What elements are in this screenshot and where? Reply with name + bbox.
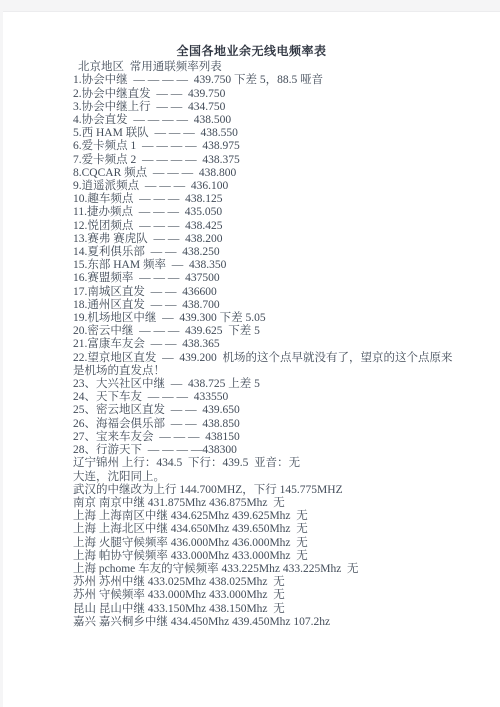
frequency-line: 是机场的直发点！	[73, 365, 482, 378]
frequency-line: 19.机场地区中继 — 439.300 下差 5.05	[73, 312, 482, 325]
frequency-line: 24、天下车友 — — — 433550	[73, 391, 482, 404]
frequency-line: 3.协会中继上行 — — 434.750	[73, 101, 482, 114]
region-frequency-line: 辽宁锦州 上行：434.5 下行：439.5 亚音：无	[73, 457, 482, 470]
frequency-line: 26、海福会俱乐部 — — 438.850	[73, 418, 482, 431]
document-page: 全国各地业余无线电频率表 北京地区 常用通联频率列表 1.协会中继 — — — …	[3, 11, 500, 707]
region-frequency-line: 上海 上海南区中继 434.625Mhz 439.625Mhz 无	[73, 510, 482, 523]
frequency-line: 28、行游天下 — — — —438300	[73, 444, 482, 457]
frequency-line: 21.富康车友会 — — 438.365	[73, 338, 482, 351]
region-frequency-line: 上海 帕协守候频率 433.000Mhz 433.000Mhz 无	[73, 550, 482, 563]
document-viewport: 全国各地业余无线电频率表 北京地区 常用通联频率列表 1.协会中继 — — — …	[0, 0, 500, 707]
frequency-line: 23、大兴社区中继 — 438.725 上差 5	[73, 378, 482, 391]
frequency-line: 7.爱卡频点 2 — — — — 438.375	[73, 154, 482, 167]
frequency-line: 14.夏利俱乐部 — — 438.250	[73, 246, 482, 259]
frequency-line: 2.协会中继直发 — — 439.750	[73, 88, 482, 101]
frequency-line: 15.东部 HAM 频率 — 438.350	[73, 259, 482, 272]
frequency-line: 6.爱卡频点 1 — — — — 438.975	[73, 140, 482, 153]
frequency-line: 12.悦团频点 — — — 438.425	[73, 220, 482, 233]
frequency-line: 10.趣车频点 — — — 438.125	[73, 193, 482, 206]
document-subtitle: 北京地区 常用通联频率列表	[78, 61, 482, 74]
frequency-line: 20.密云中继 — — — 439.625 下差 5	[73, 325, 482, 338]
other-regions-frequency-list: 辽宁锦州 上行：434.5 下行：439.5 亚音：无大连，沈阳同上。武汉的中继…	[73, 457, 482, 629]
frequency-line: 17.南城区直发 — — 436600	[73, 286, 482, 299]
frequency-line: 4.协会直发 — — — — 438.500	[73, 114, 482, 127]
frequency-line: 25、密云地区直发 — — 439.650	[73, 404, 482, 417]
frequency-line: 5.西 HAM 联队 — — — 438.550	[73, 127, 482, 140]
frequency-line: 13.赛弗 赛虎队 — — 438.200	[73, 233, 482, 246]
region-frequency-line: 大连，沈阳同上。	[73, 471, 482, 484]
region-frequency-line: 南京 南京中继 431.875Mhz 436.875Mhz 无	[73, 497, 482, 510]
frequency-line: 18.通州区直发 — — 438.700	[73, 299, 482, 312]
region-frequency-line: 苏州 苏州中继 433.025Mhz 438.025Mhz 无	[73, 576, 482, 589]
frequency-line: 8.CQCAR 频点 — — — 438.800	[73, 167, 482, 180]
region-frequency-line: 苏州 守候频率 433.000Mhz 433.000Mhz 无	[73, 589, 482, 602]
region-frequency-line: 上海 上海北区中继 434.650Mhz 439.650Mhz 无	[73, 523, 482, 536]
frequency-line: 1.协会中继 — — — — 439.750 下差 5，88.5 哑音	[73, 74, 482, 87]
frequency-line: 22.望京地区直发 — 439.200 机场的这个点早就没有了，望京的这个点原来	[73, 352, 482, 365]
region-frequency-line: 嘉兴 嘉兴桐乡中继 434.450Mhz 439.450Mhz 107.2hz	[73, 616, 482, 629]
region-frequency-line: 昆山 昆山中继 433.150Mhz 438.150Mhz 无	[73, 603, 482, 616]
frequency-line: 27、宝来车友会 — — — 438150	[73, 431, 482, 444]
region-frequency-line: 武汉的中继改为上行 144.700MHZ，下行 145.775MHZ	[73, 484, 482, 497]
beijing-frequency-list: 1.协会中继 — — — — 439.750 下差 5，88.5 哑音2.协会中…	[73, 74, 482, 457]
document-title: 全国各地业余无线电频率表	[3, 45, 500, 58]
frequency-line: 16.赛盟频率 — — — 437500	[73, 272, 482, 285]
region-frequency-line: 上海 pchome 车友的守候频率 433.225Mhz 433.225Mhz …	[73, 563, 482, 576]
region-frequency-line: 上海 火腿守候频率 436.000Mhz 436.000Mhz 无	[73, 537, 482, 550]
frequency-line: 9.逍遥派频点 — — — 436.100	[73, 180, 482, 193]
frequency-line: 11.捷办频点 — — — 435.050	[73, 206, 482, 219]
